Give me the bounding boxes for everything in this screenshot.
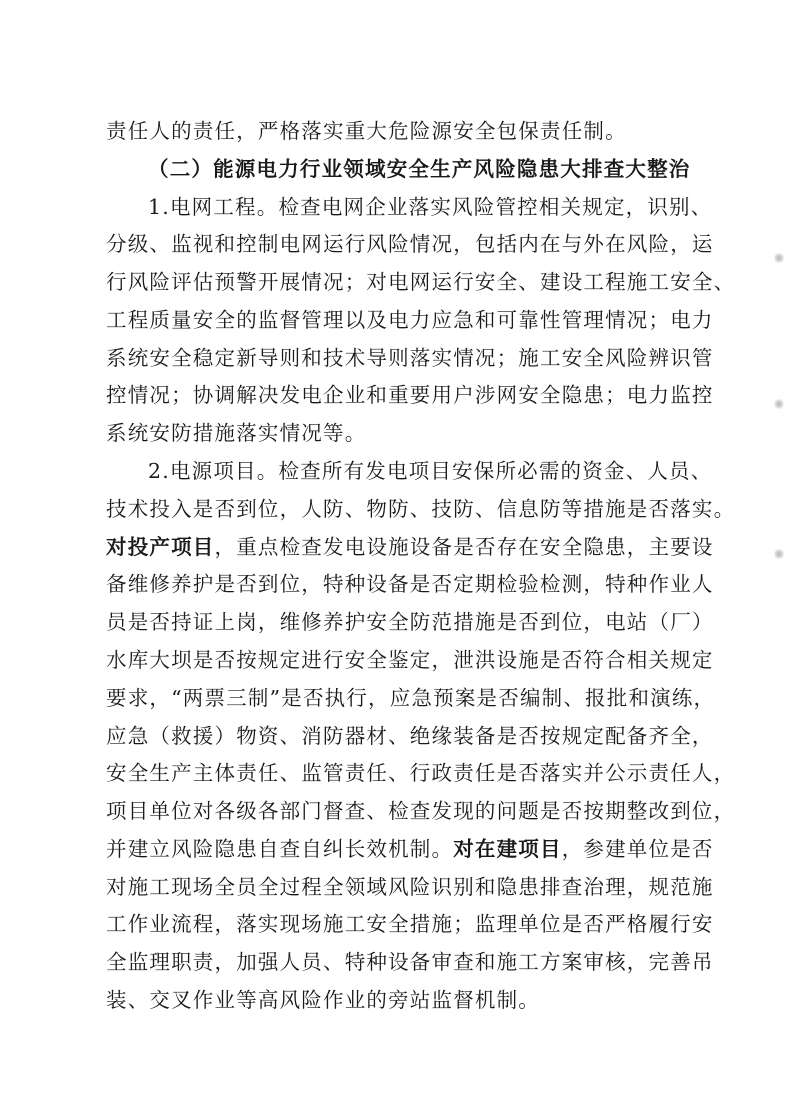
scan-speck <box>774 398 784 410</box>
bold-text: 对在建项目 <box>453 837 562 861</box>
paragraph-line: 工作业流程，落实现场施工安全措施；监理单位是否严格履行安 <box>106 912 714 936</box>
paragraph-line: 控情况；协调解决发电企业和重要用户涉网安全隐患；电力监控 <box>106 383 714 407</box>
paragraph-line: 要求，“两票三制”是否执行，应急预案是否编制、报批和演练， <box>106 686 715 710</box>
paragraph-line: 工程质量安全的监督管理以及电力应急和可靠性管理情况；电力 <box>106 308 714 332</box>
text: 水库大坝是否按规定进行安全鉴定，泄洪设施是否符合相关规定 <box>106 648 714 672</box>
paragraph-line: 并建立风险隐患自查自纠长效机制。对在建项目，参建单位是否 <box>106 837 714 861</box>
text: ，参建单位是否 <box>562 837 714 861</box>
bold-text: 对投产项目 <box>106 535 215 559</box>
bold-text: （二）能源电力行业领域安全生产风险隐患大排查大整治 <box>148 157 691 181</box>
paragraph-line: 2.电源项目。检查所有发电项目安保所必需的资金、人员、 <box>148 459 712 483</box>
paragraph-line: 责任人的责任，严格落实重大危险源安全包保责任制。 <box>106 119 627 143</box>
paragraph-line: 备维修养护是否到位，特种设备是否定期检验检测，特种作业人 <box>106 572 714 596</box>
paragraph-line: 对投产项目，重点检查发电设施设备是否存在安全隐患，主要设 <box>106 535 714 559</box>
paragraph-line: 系统安全稳定新导则和技术导则落实情况；施工安全风险辨识管 <box>106 346 714 370</box>
paragraph-line: 行风险评估预警开展情况；对电网运行安全、建设工程施工安全、 <box>106 270 735 294</box>
paragraph-line: 对施工现场全员全过程全领域风险识别和隐患排查治理，规范施 <box>106 875 714 899</box>
paragraph-line: 员是否持证上岗，维修养护安全防范措施是否到位，电站（厂） <box>106 610 714 634</box>
paragraph-line: 分级、监视和控制电网运行风险情况，包括内在与外在风险，运 <box>106 232 714 256</box>
text: 分级、监视和控制电网运行风险情况，包括内在与外在风险，运 <box>106 232 714 256</box>
text: 装、交叉作业等高风险作业的旁站监督机制。 <box>106 988 540 1012</box>
scan-speck <box>774 252 784 264</box>
paragraph-line: 全监理职责，加强人员、特种设备审查和施工方案审核，完善吊 <box>106 950 714 974</box>
paragraph-line: 应急（救援）物资、消防器材、绝缘装备是否按规定配备齐全， <box>106 724 714 748</box>
scan-speck <box>774 548 784 560</box>
text: 系统安防措施落实情况等。 <box>106 421 366 445</box>
text: 并建立风险隐患自查自纠长效机制。 <box>106 837 453 861</box>
paragraph-line: 项目单位对各级各部门督查、检查发现的问题是否按期整改到位， <box>106 799 735 823</box>
text: 工程质量安全的监督管理以及电力应急和可靠性管理情况；电力 <box>106 308 714 332</box>
text: 1.电网工程。检查电网企业落实风险管控相关规定，识别、 <box>148 195 712 219</box>
text: 员是否持证上岗，维修养护安全防范措施是否到位，电站（厂） <box>106 610 714 634</box>
paragraph-line: 装、交叉作业等高风险作业的旁站监督机制。 <box>106 988 540 1012</box>
paragraph-line: 安全生产主体责任、监管责任、行政责任是否落实并公示责任人， <box>106 761 735 785</box>
text: 要求，“两票三制”是否执行，应急预案是否编制、报批和演练， <box>106 686 715 710</box>
paragraph-line: 系统安防措施落实情况等。 <box>106 421 366 445</box>
text: ，重点检查发电设施设备是否存在安全隐患，主要设 <box>215 535 714 559</box>
text: 工作业流程，落实现场施工安全措施；监理单位是否严格履行安 <box>106 912 714 936</box>
text: 责任人的责任，严格落实重大危险源安全包保责任制。 <box>106 119 627 143</box>
text: 全监理职责，加强人员、特种设备审查和施工方案审核，完善吊 <box>106 950 714 974</box>
paragraph-line: 1.电网工程。检查电网企业落实风险管控相关规定，识别、 <box>148 195 712 219</box>
text: 控情况；协调解决发电企业和重要用户涉网安全隐患；电力监控 <box>106 383 714 407</box>
text: 技术投入是否到位，人防、物防、技防、信息防等措施是否落实。 <box>106 497 735 521</box>
text: 安全生产主体责任、监管责任、行政责任是否落实并公示责任人， <box>106 761 735 785</box>
text: 行风险评估预警开展情况；对电网运行安全、建设工程施工安全、 <box>106 270 735 294</box>
text: 对施工现场全员全过程全领域风险识别和隐患排查治理，规范施 <box>106 875 714 899</box>
text: 项目单位对各级各部门督查、检查发现的问题是否按期整改到位， <box>106 799 735 823</box>
text: 2.电源项目。检查所有发电项目安保所必需的资金、人员、 <box>148 459 712 483</box>
paragraph-line: 技术投入是否到位，人防、物防、技防、信息防等措施是否落实。 <box>106 497 735 521</box>
paragraph-line: 水库大坝是否按规定进行安全鉴定，泄洪设施是否符合相关规定 <box>106 648 714 672</box>
text: 备维修养护是否到位，特种设备是否定期检验检测，特种作业人 <box>106 572 714 596</box>
text: 应急（救援）物资、消防器材、绝缘装备是否按规定配备齐全， <box>106 724 714 748</box>
section-heading: （二）能源电力行业领域安全生产风险隐患大排查大整治 <box>148 157 691 181</box>
text: 系统安全稳定新导则和技术导则落实情况；施工安全风险辨识管 <box>106 346 714 370</box>
